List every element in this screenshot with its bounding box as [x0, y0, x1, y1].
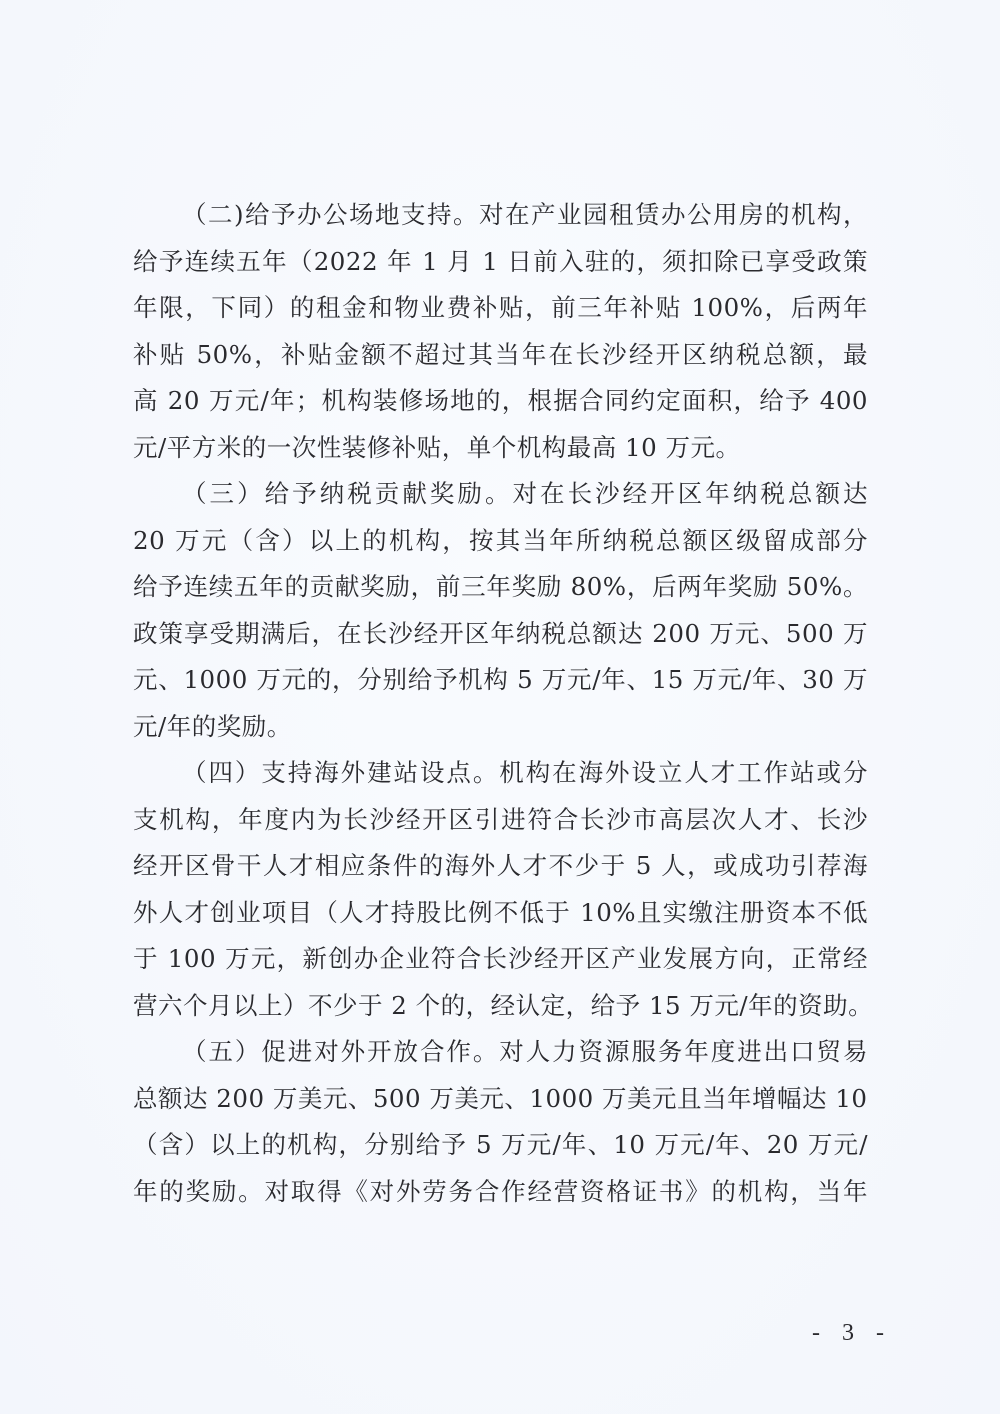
paragraph-section-2: （二)给予办公场地支持。对在产业园租赁办公用房的机构， 给予连续五年（2022 …: [133, 192, 868, 471]
text-line: 给予连续五年的贡献奖励，前三年奖励 80%，后两年奖励 50%。: [133, 564, 868, 611]
paragraph-section-5: （五）促进对外开放合作。对人力资源服务年度进出口贸易 总额达 200 万美元、5…: [133, 1029, 868, 1215]
text-line: 经开区骨干人才相应条件的海外人才不少于 5 人，或成功引荐海: [133, 843, 868, 890]
text-line: 政策享受期满后，在长沙经开区年纳税总额达 200 万元、500 万: [133, 611, 868, 658]
text-line: 补贴 50%，补贴金额不超过其当年在长沙经开区纳税总额，最: [133, 332, 868, 379]
text-line: （二)给予办公场地支持。对在产业园租赁办公用房的机构，: [133, 192, 868, 239]
text-line: （含）以上的机构，分别给予 5 万元/年、10 万元/年、20 万元/: [133, 1122, 868, 1169]
document-page: （二)给予办公场地支持。对在产业园租赁办公用房的机构， 给予连续五年（2022 …: [0, 0, 1000, 1414]
text-line: 年限，下同）的租金和物业费补贴，前三年补贴 100%，后两年: [133, 285, 868, 332]
document-body: （二)给予办公场地支持。对在产业园租赁办公用房的机构， 给予连续五年（2022 …: [133, 192, 868, 1215]
text-line: 支机构，年度内为长沙经开区引进符合长沙市高层次人才、长沙: [133, 797, 868, 844]
page-number: - 3 -: [812, 1320, 892, 1347]
text-line: 20 万元（含）以上的机构，按其当年所纳税总额区级留成部分: [133, 518, 868, 565]
text-line: （三）给予纳税贡献奖励。对在长沙经开区年纳税总额达: [133, 471, 868, 518]
text-line: 元、1000 万元的，分别给予机构 5 万元/年、15 万元/年、30 万: [133, 657, 868, 704]
text-line: 营六个月以上）不少于 2 个的，经认定，给予 15 万元/年的资助。: [133, 983, 868, 1030]
text-line: 年的奖励。对取得《对外劳务合作经营资格证书》的机构，当年: [133, 1169, 868, 1216]
text-line: （四）支持海外建站设点。机构在海外设立人才工作站或分: [133, 750, 868, 797]
text-line: 高 20 万元/年；机构装修场地的，根据合同约定面积，给予 400: [133, 378, 868, 425]
text-line: 元/年的奖励。: [133, 704, 868, 751]
text-line: 给予连续五年（2022 年 1 月 1 日前入驻的，须扣除已享受政策: [133, 239, 868, 286]
text-line: 于 100 万元，新创办企业符合长沙经开区产业发展方向，正常经: [133, 936, 868, 983]
text-line: 外人才创业项目（人才持股比例不低于 10%且实缴注册资本不低: [133, 890, 868, 937]
text-line: 总额达 200 万美元、500 万美元、1000 万美元且当年增幅达 10%: [133, 1076, 868, 1123]
text-line: 元/平方米的一次性装修补贴，单个机构最高 10 万元。: [133, 425, 868, 472]
paragraph-section-3: （三）给予纳税贡献奖励。对在长沙经开区年纳税总额达 20 万元（含）以上的机构，…: [133, 471, 868, 750]
paragraph-section-4: （四）支持海外建站设点。机构在海外设立人才工作站或分 支机构，年度内为长沙经开区…: [133, 750, 868, 1029]
text-line: （五）促进对外开放合作。对人力资源服务年度进出口贸易: [133, 1029, 868, 1076]
